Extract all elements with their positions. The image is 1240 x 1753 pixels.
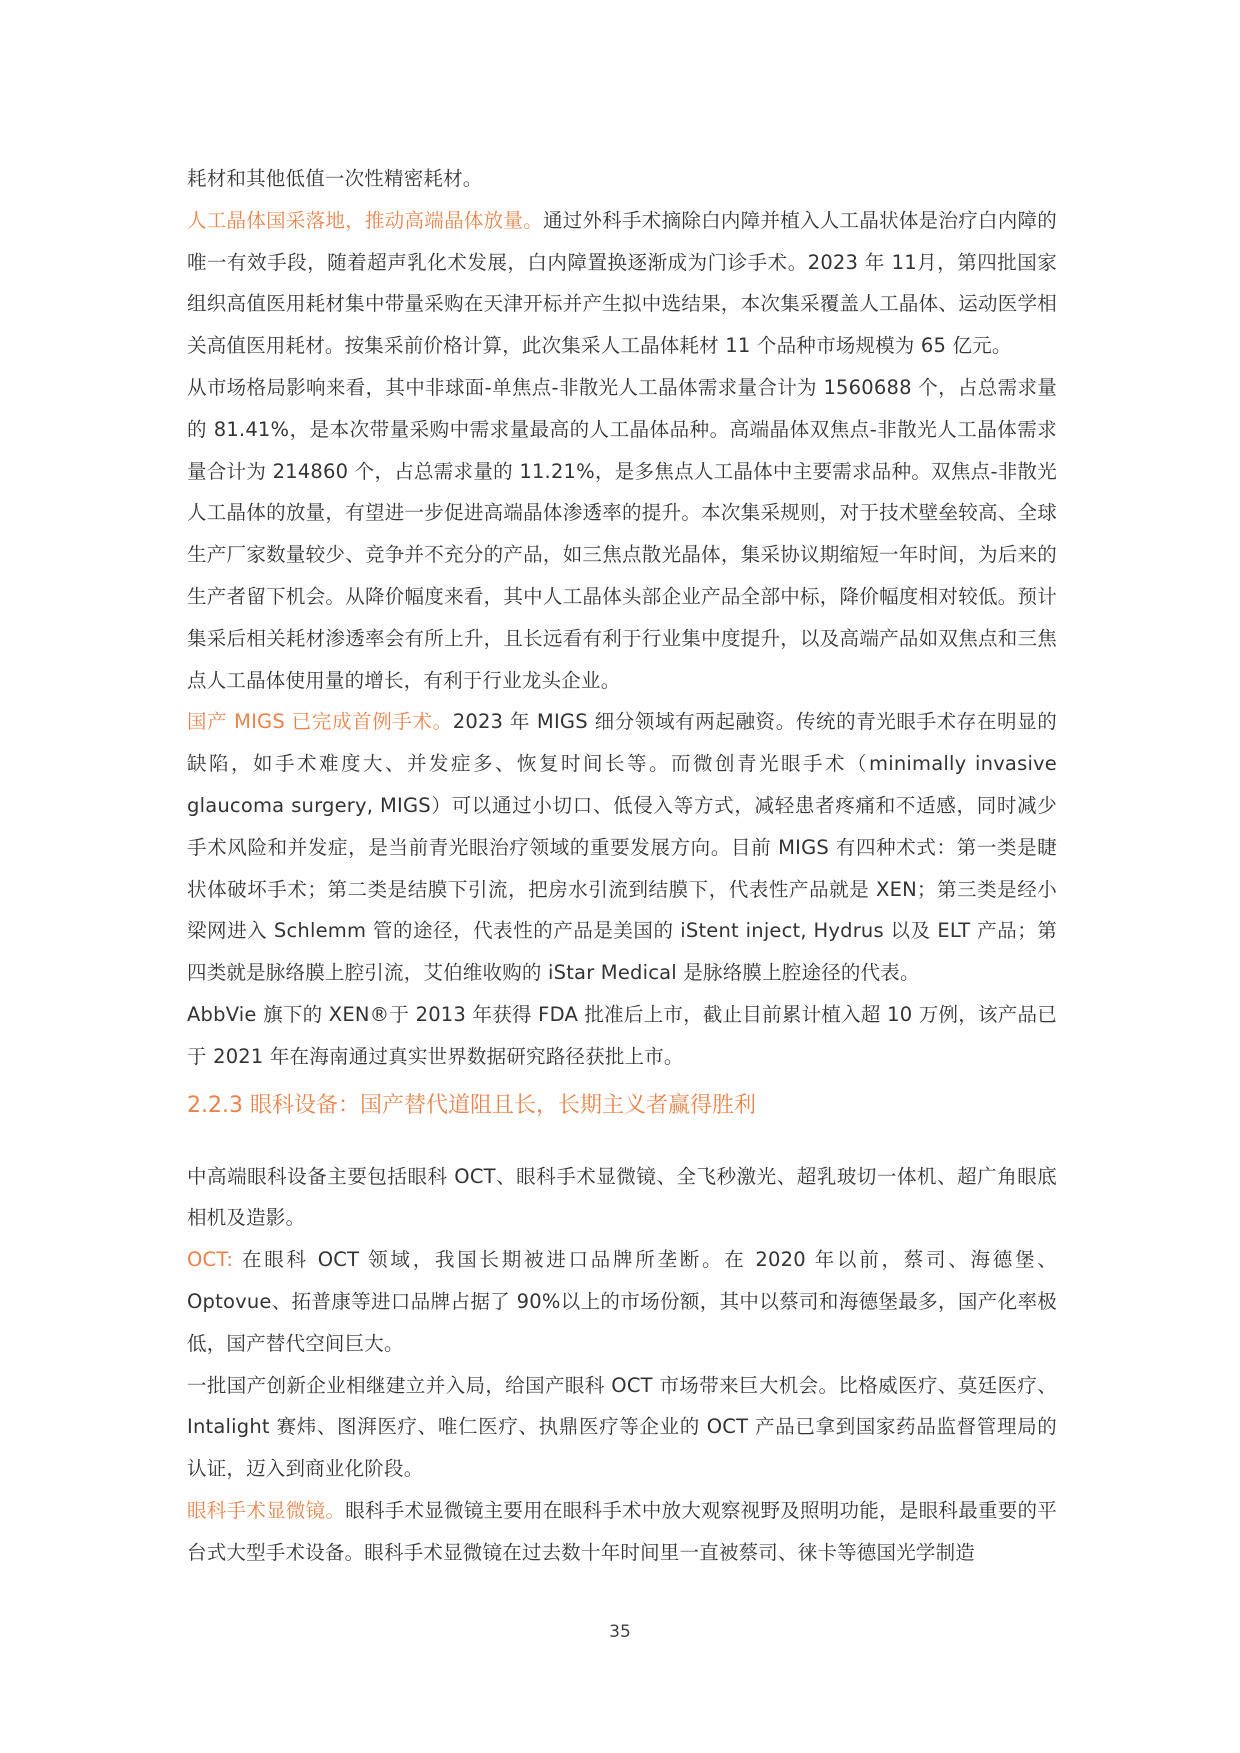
paragraph-domestic-oct: 一批国产创新企业相继建立并入局，给国产眼科 OCT 市场带来巨大机会。比格威医疗… [187, 1365, 1057, 1490]
paragraph-text: 一批国产创新企业相继建立并入局，给国产眼科 OCT 市场带来巨大机会。比格威医疗… [187, 1374, 1057, 1481]
paragraph-oct: OCT: 在眼科 OCT 领域，我国长期被进口品牌所垄断。在 2020 年以前，… [187, 1239, 1057, 1364]
paragraph-highlight: 国产 MIGS 已完成首例手术。 [187, 710, 453, 733]
paragraph-iol-procurement: 人工晶体国采落地，推动高端晶体放量。通过外科手术摘除白内障并植入人工晶状体是治疗… [187, 200, 1057, 367]
paragraph-microscope: 眼科手术显微镜。眼科手术显微镜主要用在眼科手术中放大观察视野及照明功能，是眼科最… [187, 1490, 1057, 1574]
paragraph-text: 从市场格局影响来看，其中非球面-单焦点-非散光人工晶体需求量合计为 156068… [187, 376, 1057, 692]
paragraph-text: 耗材和其他低值一次性精密耗材。 [187, 167, 483, 190]
page-number: 35 [0, 1622, 1240, 1642]
paragraph-consumables-end: 耗材和其他低值一次性精密耗材。 [187, 158, 1057, 200]
page-body: 耗材和其他低值一次性精密耗材。 人工晶体国采落地，推动高端晶体放量。通过外科手术… [187, 158, 1057, 1574]
paragraph-text: 2023 年 MIGS 细分领域有两起融资。传统的青光眼手术存在明显的缺陷，如手… [187, 710, 1057, 984]
paragraph-migs: 国产 MIGS 已完成首例手术。2023 年 MIGS 细分领域有两起融资。传统… [187, 701, 1057, 994]
paragraph-equipment-overview: 中高端眼科设备主要包括眼科 OCT、眼科手术显微镜、全飞秒激光、超乳玻切一体机、… [187, 1156, 1057, 1240]
paragraph-text: AbbVie 旗下的 XEN®于 2013 年获得 FDA 批准后上市，截止目前… [187, 1003, 1057, 1068]
paragraph-text: 中高端眼科设备主要包括眼科 OCT、眼科手术显微镜、全飞秒激光、超乳玻切一体机、… [187, 1165, 1057, 1230]
paragraph-text: 在眼科 OCT 领域，我国长期被进口品牌所垄断。在 2020 年以前，蔡司、海德… [187, 1248, 1057, 1355]
paragraph-highlight: OCT: [187, 1248, 233, 1271]
paragraph-highlight: 眼科手术显微镜。 [187, 1499, 345, 1522]
paragraph-xen: AbbVie 旗下的 XEN®于 2013 年获得 FDA 批准后上市，截止目前… [187, 994, 1057, 1078]
paragraph-market-structure: 从市场格局影响来看，其中非球面-单焦点-非散光人工晶体需求量合计为 156068… [187, 367, 1057, 701]
paragraph-highlight: 人工晶体国采落地，推动高端晶体放量。 [187, 209, 543, 232]
section-heading: 2.2.3 眼科设备：国产替代道阻且长，长期主义者赢得胜利 [187, 1082, 1057, 1130]
